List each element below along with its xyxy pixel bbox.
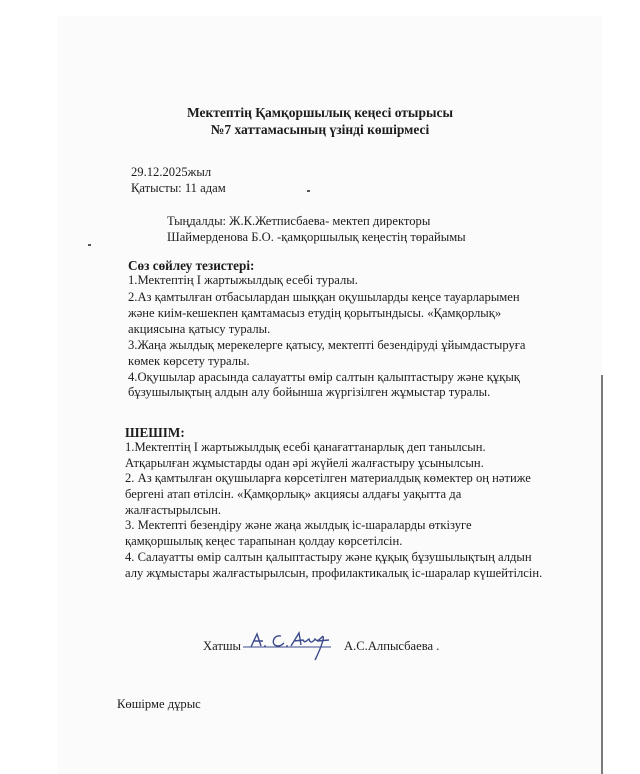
speech-line: көмек көрсету туралы. [128, 354, 250, 369]
decision-line: 2. Аз қамтылған оқушыларға көрсетілген м… [125, 471, 531, 486]
speech-heading: Сөз сөйлеу тезистері: [128, 258, 254, 273]
title-line-1: Мектептің Қамқоршылық кеңесі отырысы [0, 104, 640, 121]
decision-heading: ШЕШІМ: [125, 425, 185, 440]
listened-line-1: Тыңдалды: Ж.К.Жетписбаева- мектеп директ… [167, 214, 430, 229]
speech-line: 3.Жаңа жылдық мерекелерге қатысу, мектеп… [128, 338, 526, 353]
speech-line: 4.Оқушылар арасында салауатты өмір салты… [128, 370, 520, 385]
page-edge-line [601, 375, 603, 774]
decision-line: бергені атап өтілсін. «Қамқорлық» акцияс… [125, 487, 461, 502]
signature-icon [243, 630, 338, 664]
meeting-date: 29.12.2025жыл [131, 165, 211, 180]
speech-line: акциясына қатысу туралы. [128, 322, 270, 337]
copy-certified-note: Көшірме дұрыс [117, 697, 201, 712]
secretary-name: А.С.Алпысбаева . [344, 639, 439, 654]
scan-speck [307, 190, 310, 192]
decision-line: 4. Салауатты өмір салтын қалыптастыру жә… [125, 550, 532, 565]
speech-line: бұзушылықтың алдын алу бойынша жүргізілг… [128, 385, 490, 400]
decision-line: жалғастырылсын. [125, 503, 221, 518]
decision-line: Атқарылған жұмыстарды одан әрі жүйелі жа… [125, 456, 484, 471]
listened-line-2: Шаймерденова Б.О. -қамқоршылық кеңестің … [167, 230, 466, 245]
speech-line: және киім-кешекпен қамтамасыз етудің қор… [128, 306, 501, 321]
decision-line: 1.Мектептің І жартыжылдық есебі қанағатт… [125, 440, 486, 455]
document-title: Мектептің Қамқоршылық кеңесі отырысы №7 … [0, 104, 640, 138]
speech-line: 2.Аз қамтылған отбасылардан шыққан оқушы… [128, 290, 520, 305]
decision-line: алу жұмыстары жалғастырылсын, профилакти… [125, 566, 542, 581]
attendance: Қатысты: 11 адам [131, 181, 226, 196]
scan-speck [88, 244, 91, 246]
signature-block: Хатшы А.С.Алпысбаева . [203, 620, 439, 654]
decision-line: қамқоршылық кеңес тарапынан қолдау көрсе… [125, 534, 402, 549]
title-line-2: №7 хаттамасының үзінді көшірмесі [0, 121, 640, 138]
secretary-label: Хатшы [203, 639, 241, 654]
speech-line: 1.Мектептің І жартыжылдық есебі туралы. [128, 273, 358, 288]
decision-line: 3. Мектепті безендіру және жаңа жылдық і… [125, 518, 472, 533]
